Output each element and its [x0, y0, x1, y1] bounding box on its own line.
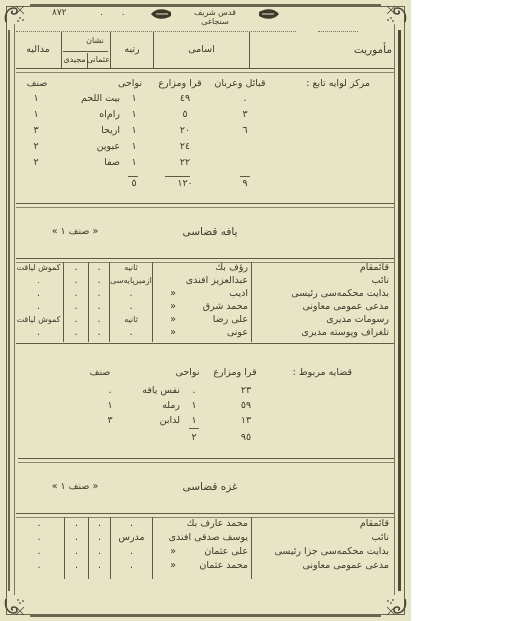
cell-madalya: . [14, 275, 63, 287]
cell-kura: ٥٩ [235, 400, 257, 412]
ditto-mark: » [166, 288, 180, 300]
cell-name: محمد عارف بك [156, 518, 248, 530]
cell-rutbe: ثانیه [110, 314, 152, 326]
cell-rutbe: ازمیرپایه‌سی [110, 275, 152, 287]
cell-kabail: ٣ [235, 109, 255, 121]
cell-rutbe: . [110, 288, 152, 300]
header-mecidi: مجیدی [62, 54, 87, 66]
cell-kura: ٢٣ [235, 385, 257, 397]
cell-mecidi: . [64, 314, 88, 326]
cell-name: علی رضا [186, 314, 248, 326]
cell-rutbe: . [110, 327, 152, 339]
cell-kura: ٢٠ [170, 125, 200, 137]
cell-nevahi-name: بیت اللحم [60, 93, 120, 105]
cell-name: علی عثمان [186, 546, 248, 558]
ditto-mark: » [166, 301, 180, 313]
cell-sinif: ٣ [28, 125, 44, 137]
cell-kabail: ٦ [235, 125, 255, 137]
cell-nevahi-count: ١ [188, 400, 200, 412]
col-divider [251, 517, 252, 579]
cell-osmani: . [89, 262, 109, 274]
cell-osmani: . [89, 288, 109, 300]
cell-rutbe: . [111, 518, 152, 530]
cell-madalya: . [14, 518, 64, 530]
corner-ornament-icon [2, 593, 28, 619]
cell-osmani: . [89, 560, 110, 572]
fleuron-right-icon [258, 8, 280, 20]
linked-col-sinif: صنف [85, 367, 115, 379]
right-frame-rule [398, 30, 401, 591]
cell-role: بدایت محکمه‌سی جزا رئیسی [255, 546, 389, 558]
cell-sinif: ٢ [28, 141, 44, 153]
cell-mecidi: . [64, 327, 88, 339]
dotted-rule [318, 31, 358, 32]
header-bottom-rule [16, 68, 394, 73]
page-dots: . . [100, 8, 133, 18]
corner-ornament-icon [2, 2, 28, 28]
cell-mecidi: . [65, 560, 88, 572]
cell-sinif: ١ [28, 109, 44, 121]
cell-sinif: ١ [28, 93, 44, 105]
cell-osmani: . [89, 314, 109, 326]
yafa-class: « صنف ١ » [40, 226, 110, 238]
total-kura: ١٢٠ [170, 178, 200, 190]
ditto-mark: » [166, 327, 180, 339]
cell-nevahi-name: اریحا [60, 125, 120, 137]
cell-nevahi-name: عبوین [60, 141, 120, 153]
linked-col-nevahi: نواحی [170, 367, 205, 379]
cell-name: رؤف بك [156, 262, 248, 274]
cell-kura: ٢٢ [170, 157, 200, 169]
cell-mecidi: . [65, 532, 88, 544]
header-nishan: نشان [80, 35, 110, 47]
cell-name: محمد شرق [186, 301, 248, 313]
cell-nevahi-count: ١ [128, 125, 140, 137]
scanned-page: ٨٧٢ . . قدس شریف سنجاغی مدالیه نشان مجید… [0, 0, 411, 621]
yafa-title: یافه قضاسی [170, 226, 250, 238]
cell-kura: ٥ [170, 109, 200, 121]
sum-rule [128, 176, 138, 177]
total-kabail: ٩ [235, 178, 255, 190]
cell-osmani: . [89, 327, 109, 339]
cell-role: بدایت محکمه‌سی رئیسی [255, 288, 389, 300]
cell-nevahi-count: ١ [128, 141, 140, 153]
left-frame-rule [8, 30, 10, 591]
fleuron-left-icon [150, 8, 172, 20]
cell-role: نائب [255, 532, 389, 544]
cell-osmani: . [89, 546, 110, 558]
page-number: ٨٧٢ [52, 8, 67, 18]
header-esami: اسامی [154, 44, 249, 56]
col-divider [251, 262, 252, 342]
cell-osmani: . [89, 301, 109, 313]
cell-kabail: . [235, 93, 255, 105]
cell-rutbe: . [111, 560, 152, 572]
sum-rule [189, 428, 199, 429]
cell-rutbe: . [110, 301, 152, 313]
cell-nevahi-name: نفس یافه [120, 385, 180, 397]
cell-rutbe: مدرس [111, 532, 152, 544]
linked-total-kura: ٩٥ [235, 432, 257, 444]
col-nevahi: نواحی [110, 78, 150, 90]
dotted-rule [16, 31, 296, 32]
sum-rule [240, 176, 250, 177]
gaza-title: غزه قضاسی [170, 481, 250, 493]
ditto-mark: » [166, 546, 180, 558]
cell-mecidi: . [64, 288, 88, 300]
cell-role: مدعی عمومی معاونی [255, 301, 389, 313]
cell-nevahi-count: ١ [128, 157, 140, 169]
cell-mecidi: . [64, 262, 88, 274]
cell-role: قائمقام [255, 518, 389, 530]
cell-sinif: ٣ [104, 415, 116, 427]
cell-sinif: ١ [104, 400, 116, 412]
cell-madalya: . [14, 532, 64, 544]
cell-name: یوسف صدقی افندی [156, 532, 248, 544]
bottom-border-rule [30, 615, 381, 617]
running-header: قدس شریف سنجاغی [150, 6, 280, 22]
linked-col-kura: قرا ومزارع [205, 367, 265, 379]
col-divider [152, 262, 153, 342]
col-kabail: قبائل وعربان [210, 78, 270, 90]
cell-rutbe: . [111, 546, 152, 558]
cell-nevahi-count: ١ [128, 93, 140, 105]
nishan-underline [63, 51, 108, 52]
cell-sinif: ٢ [28, 157, 44, 169]
cell-mecidi: . [65, 546, 88, 558]
section-rule [16, 343, 394, 344]
cell-name: عونی [196, 327, 248, 339]
cell-nevahi-count: . [188, 385, 200, 397]
center-stats-title: مرکز لوایه تابع : [270, 78, 370, 90]
col-divider [152, 517, 153, 579]
cell-osmani: . [89, 532, 110, 544]
cell-kura: ١٣ [235, 415, 257, 427]
header-madalya: مدالیه [16, 44, 60, 56]
cell-madalya: . [14, 301, 63, 313]
corner-ornament-icon [383, 2, 409, 28]
cell-kura: ٤٩ [170, 93, 200, 105]
col-sinif: صنف [22, 78, 52, 90]
header-osmani: عثمانی [88, 54, 110, 66]
cell-mecidi: . [65, 518, 88, 530]
linked-total-nevahi: ٢ [188, 432, 200, 444]
total-nevahi: ٥ [128, 178, 140, 190]
cell-role: مدعی عمومی معاونی [255, 560, 389, 572]
cell-mecidi: . [64, 275, 88, 287]
cell-osmani: . [89, 275, 109, 287]
cell-name: ادیب [196, 288, 248, 300]
cell-nevahi-name: لدابن [120, 415, 180, 427]
cell-role: رسومات مدیری [255, 314, 389, 326]
running-title: قدس شریف سنجاغی [180, 8, 250, 26]
cell-nevahi-count: ١ [188, 415, 200, 427]
cell-nevahi-name: صفا [60, 157, 120, 169]
cell-mecidi: . [64, 301, 88, 313]
cell-sinif: . [104, 385, 116, 397]
sum-rule [165, 176, 190, 177]
cell-madalya: . [14, 327, 63, 339]
col-kura: قرا ومزارع [155, 78, 205, 90]
cell-rutbe: ثانیه [110, 262, 152, 274]
linked-title: قضایه مربوط : [272, 367, 352, 379]
cell-kura: ٢٤ [170, 141, 200, 153]
cell-madalya: . [14, 560, 64, 572]
cell-nevahi-count: ١ [128, 109, 140, 121]
cell-name: عبدالعزیز افندی [156, 275, 248, 287]
header-mamuriyet: مأموریت [250, 44, 392, 56]
cell-role: نائب [255, 275, 389, 287]
cell-role: قائمقام [255, 262, 389, 274]
cell-osmani: . [89, 518, 110, 530]
cell-madalya: . [14, 288, 63, 300]
cell-nevahi-name: رمله [120, 400, 180, 412]
header-rutbe: رتبه [111, 44, 153, 56]
cell-nevahi-name: رام‌اه [60, 109, 120, 121]
cell-madalya: کموش لیاقت [14, 262, 63, 274]
ditto-mark: » [166, 314, 180, 326]
gaza-class: « صنف ١ » [40, 481, 110, 493]
ditto-mark: » [166, 560, 180, 572]
cell-madalya: . [14, 546, 64, 558]
cell-name: محمد عثمان [186, 560, 248, 572]
section-rule [16, 203, 394, 208]
corner-ornament-icon [383, 593, 409, 619]
cell-role: تلغراف وپوسته مدیری [255, 327, 389, 339]
section-rule [18, 458, 394, 463]
cell-madalya: کموش لیاقت [14, 314, 63, 326]
